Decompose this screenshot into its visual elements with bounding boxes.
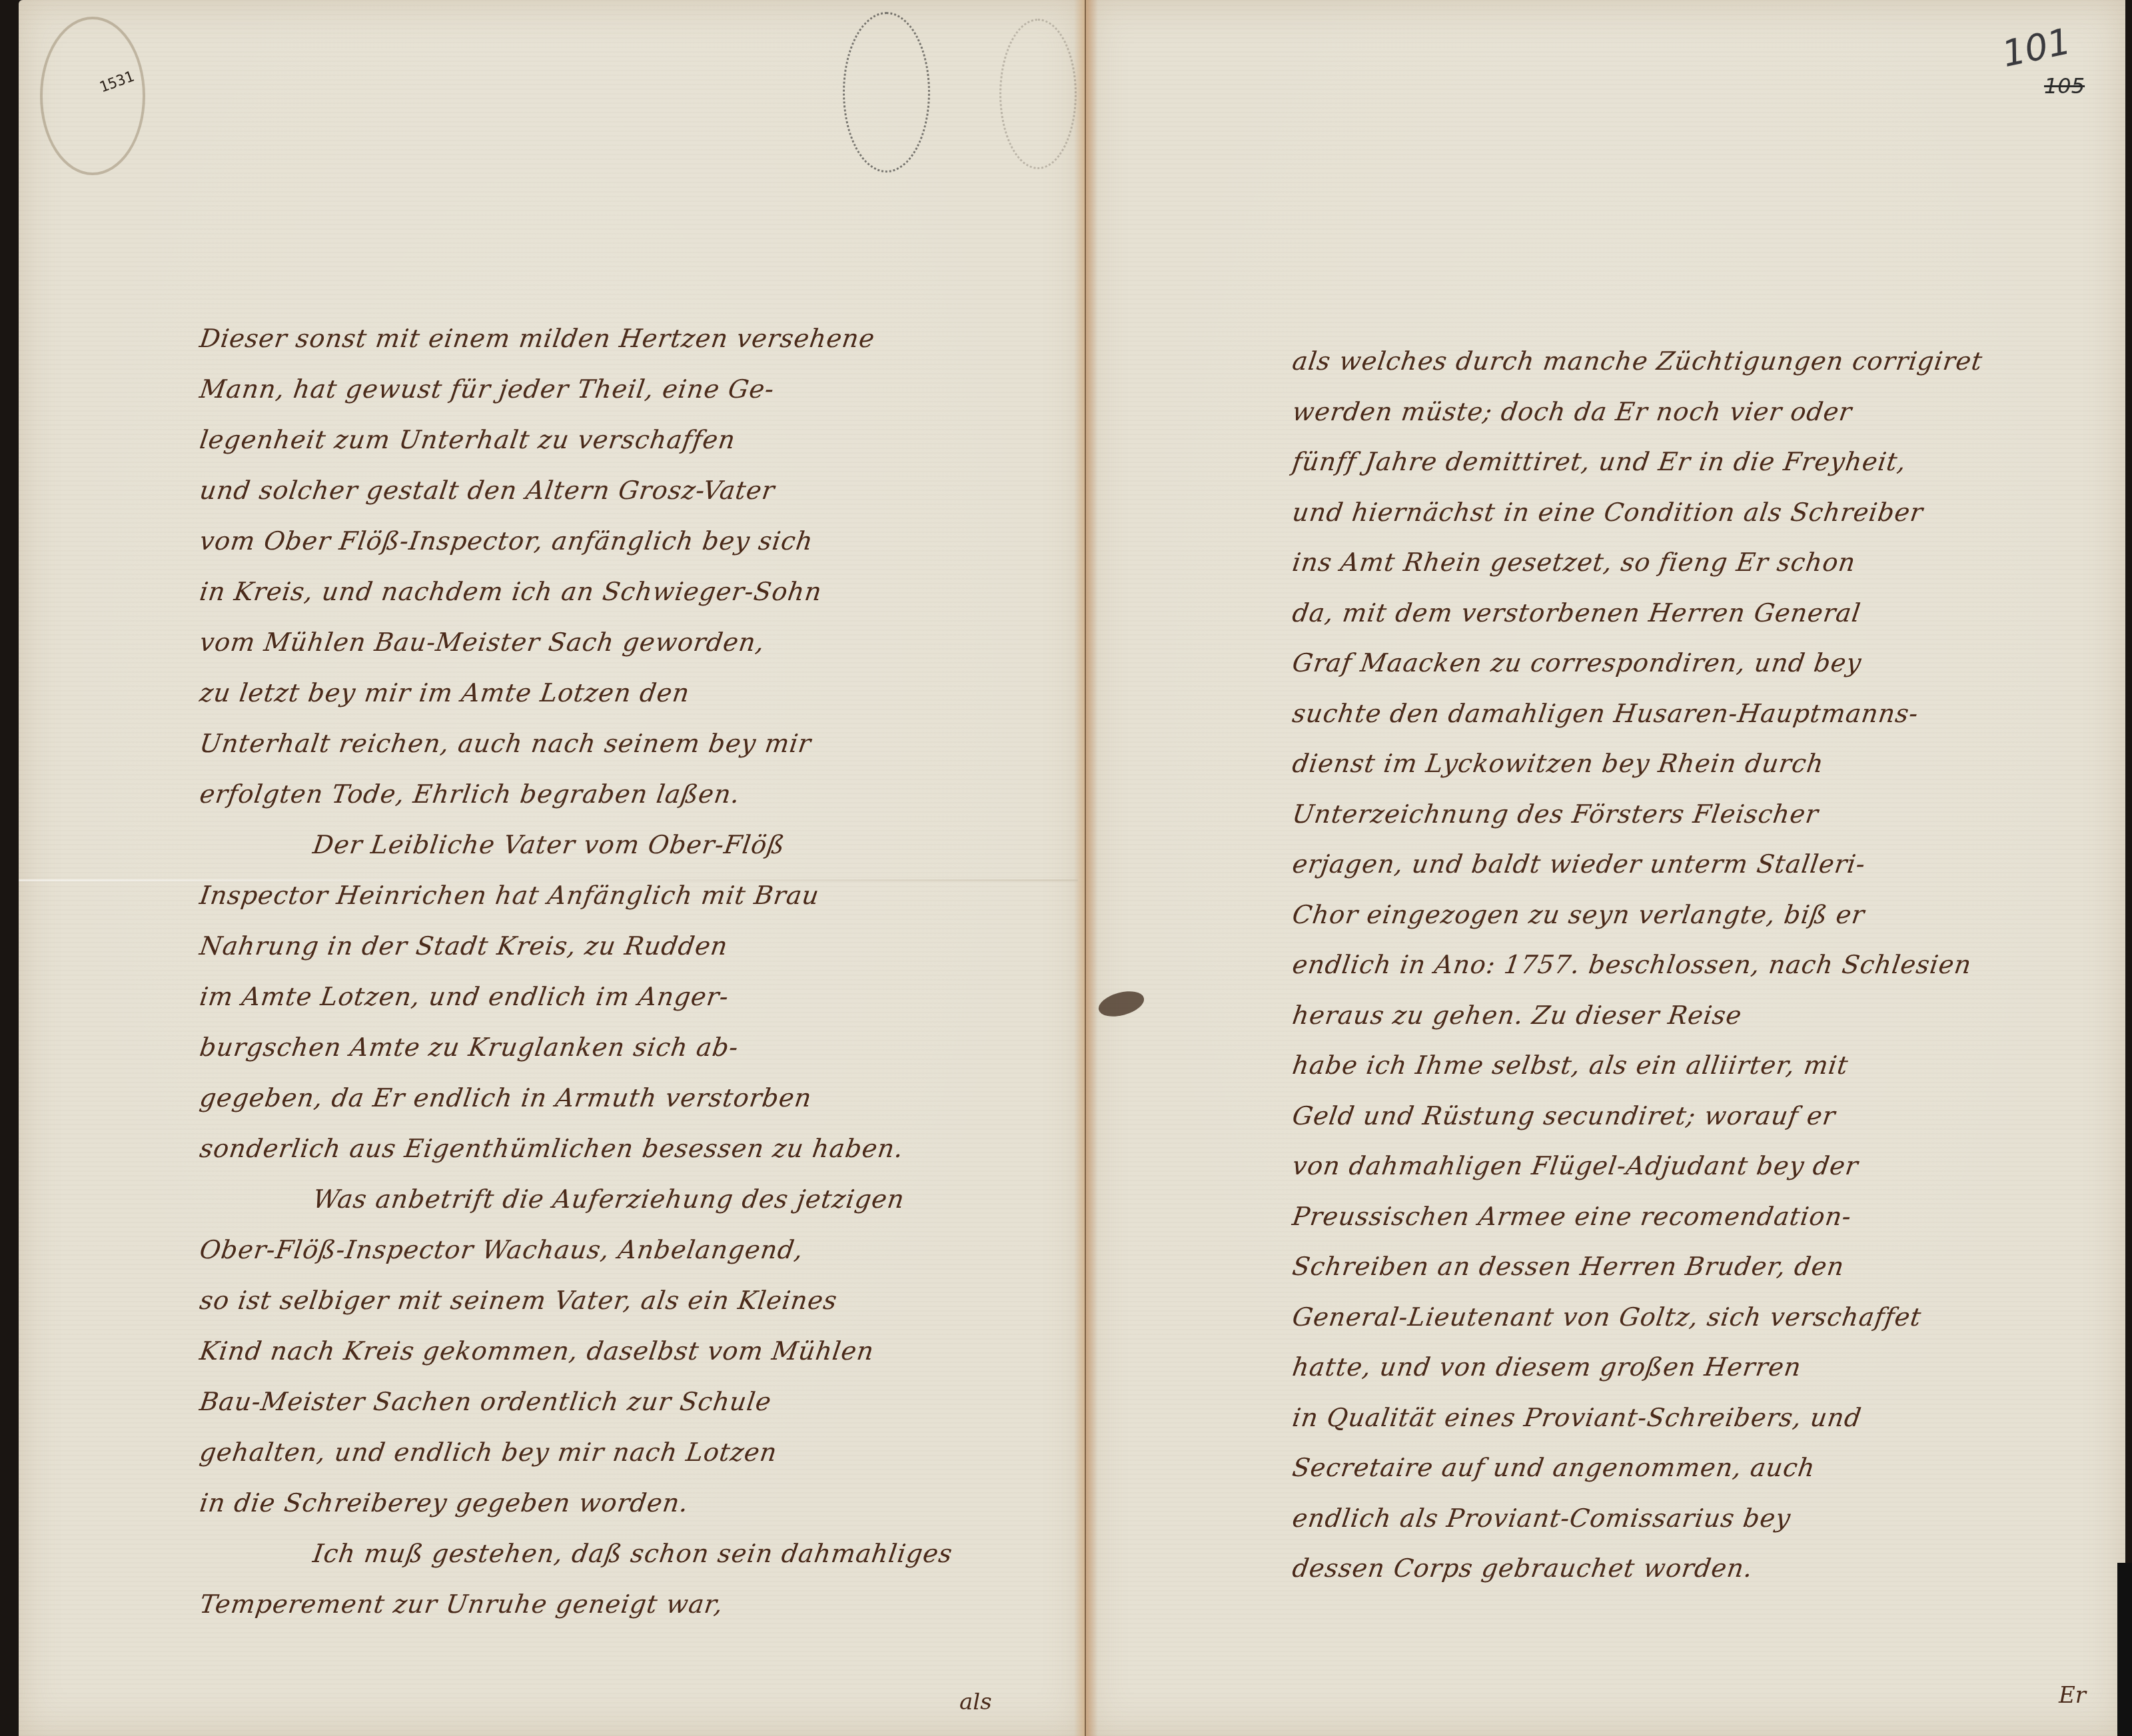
- catchword-left: als: [959, 1689, 992, 1715]
- text-line: Dieser sonst mit einem milden Hertzen ve…: [197, 313, 1090, 364]
- text-line: vom Ober Flöß-Inspector, anfänglich bey …: [197, 516, 1090, 566]
- text-line: heraus zu gehen. Zu dieser Reise: [1289, 991, 2129, 1041]
- text-line: in Qualität eines Proviant-Schreibers, u…: [1289, 1393, 2129, 1444]
- text-line: als welches durch manche Züchtigungen co…: [1289, 336, 2129, 387]
- text-line: so ist selbiger mit seinem Vater, als ei…: [197, 1275, 1090, 1326]
- text-line: vom Mühlen Bau-Meister Sach geworden,: [197, 617, 1090, 667]
- text-line: Secretaire auf und angenommen, auch: [1289, 1443, 2129, 1494]
- text-line: und hiernächst in eine Condition als Sch…: [1289, 488, 2129, 538]
- text-line: in die Schreiberey gegeben worden.: [197, 1478, 1090, 1528]
- text-line: habe ich Ihme selbst, als ein alliirter,…: [1289, 1041, 2129, 1091]
- text-line: dienst im Lyckowitzen bey Rhein durch: [1289, 739, 2129, 789]
- text-line: in Kreis, und nachdem ich an Schwieger-S…: [197, 566, 1090, 617]
- text-line: erfolgten Tode, Ehrlich begraben laßen.: [197, 769, 1090, 819]
- text-line: Mann, hat gewust für jeder Theil, eine G…: [197, 364, 1090, 414]
- text-line: Unterhalt reichen, auch nach seinem bey …: [197, 718, 1090, 769]
- text-line: erjagen, und baldt wieder unterm Staller…: [1289, 839, 2129, 890]
- text-line: Preussischen Armee eine recomendation-: [1289, 1192, 2129, 1242]
- text-line: Graf Maacken zu correspondiren, und bey: [1289, 638, 2129, 689]
- text-line: legenheit zum Unterhalt zu verschaffen: [197, 414, 1090, 465]
- text-line: werden müste; doch da Er noch vier oder: [1289, 387, 2129, 438]
- paragraph-start-line: Ich muß gestehen, daß schon sein dahmahl…: [197, 1528, 1090, 1579]
- catchword-right: Er: [2059, 1682, 2086, 1709]
- text-line: Nahrung in der Stadt Kreis, zu Rudden: [197, 921, 1090, 971]
- faded-seal-stamp-left: 1531: [40, 17, 145, 175]
- text-line: Bau-Meister Sachen ordentlich zur Schule: [197, 1376, 1090, 1427]
- text-line: Kind nach Kreis gekommen, daselbst vom M…: [197, 1326, 1090, 1376]
- text-line: da, mit dem verstorbenen Herren General: [1289, 588, 2129, 639]
- text-line: ins Amt Rhein gesetzet, so fieng Er scho…: [1289, 538, 2129, 588]
- manuscript-spread: 1531 101 105 Dieser sonst mit einem mild…: [0, 0, 2132, 1736]
- text-line: burgschen Amte zu Kruglanken sich ab-: [197, 1022, 1090, 1073]
- text-line: suchte den damahligen Husaren-Hauptmanns…: [1289, 689, 2129, 739]
- stamp-mark-number: 1531: [97, 69, 136, 97]
- text-line: Inspector Heinrichen hat Anfänglich mit …: [197, 870, 1090, 921]
- folio-number-old-struck: 105: [2044, 73, 2085, 99]
- text-line: Chor eingezogen zu seyn verlangte, biß e…: [1289, 890, 2129, 941]
- text-line: gegeben, da Er endlich in Armuth verstor…: [197, 1073, 1090, 1123]
- text-line: Geld und Rüstung secundiret; worauf er: [1289, 1091, 2129, 1142]
- text-line: und solcher gestalt den Altern Grosz-Vat…: [197, 465, 1090, 516]
- text-line: fünff Jahre demittiret, und Er in die Fr…: [1289, 437, 2129, 488]
- text-line: hatte, und von diesem großen Herren: [1289, 1342, 2129, 1393]
- text-line: gehalten, und endlich bey mir nach Lotze…: [197, 1427, 1090, 1478]
- text-line: von dahmahligen Flügel-Adjudant bey der: [1289, 1141, 2129, 1192]
- text-line: Schreiben an dessen Herren Bruder, den: [1289, 1242, 2129, 1292]
- text-line: General-Lieutenant von Goltz, sich versc…: [1289, 1292, 2129, 1343]
- right-page-text: als welches durch manche Züchtigungen co…: [1293, 336, 2125, 1594]
- text-line: endlich in Ano: 1757. beschlossen, nach …: [1289, 940, 2129, 991]
- oval-ink-stamp: [843, 12, 930, 173]
- text-line: Unterzeichnung des Försters Fleischer: [1289, 789, 2129, 840]
- text-line: sonderlich aus Eigenthümlichen besessen …: [197, 1123, 1090, 1174]
- text-line: dessen Corps gebrauchet worden.: [1289, 1543, 2129, 1594]
- text-line: endlich als Proviant-Comissarius bey: [1289, 1494, 2129, 1544]
- text-line: im Amte Lotzen, und endlich im Anger-: [197, 971, 1090, 1022]
- text-line: Temperement zur Unruhe geneigt war,: [197, 1579, 1090, 1629]
- paragraph-start-line: Der Leibliche Vater vom Ober-Flöß: [197, 819, 1090, 870]
- text-line: zu letzt bey mir im Amte Lotzen den: [197, 667, 1090, 718]
- left-page-text: Dieser sonst mit einem milden Hertzen ve…: [200, 313, 1086, 1629]
- paragraph-start-line: Was anbetrift die Auferziehung des jetzi…: [197, 1174, 1090, 1224]
- text-line: Ober-Flöß-Inspector Wachaus, Anbelangend…: [197, 1224, 1090, 1275]
- faded-oval-stamp-right: [999, 19, 1077, 169]
